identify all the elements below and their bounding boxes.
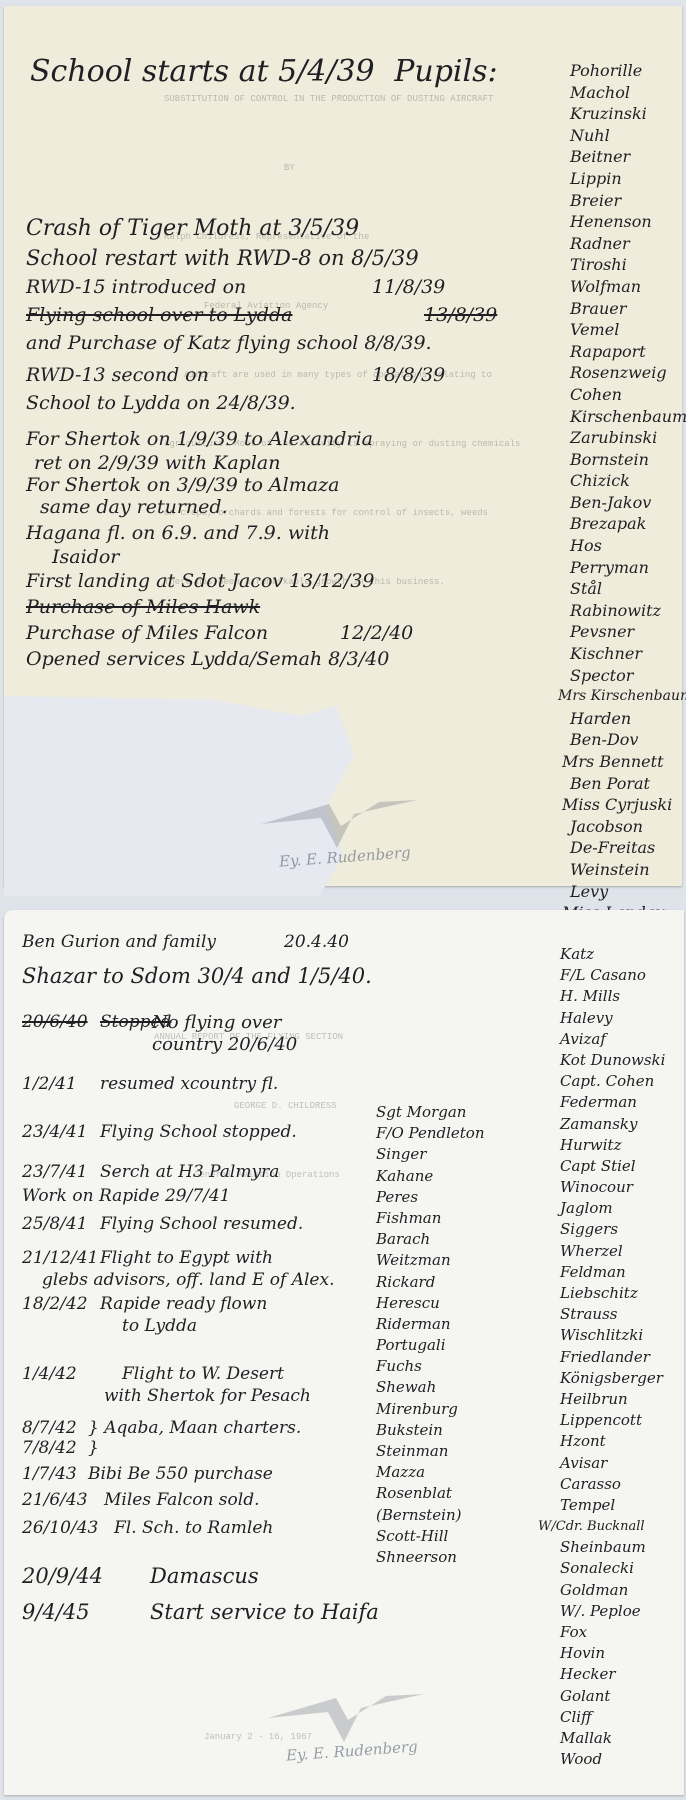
pupil-name: Kischner bbox=[570, 643, 686, 665]
pupil-name: Brauer bbox=[570, 298, 686, 320]
person-name: Scott-Hill bbox=[376, 1526, 484, 1547]
timeline-entry: same day returned. bbox=[4, 496, 544, 524]
entry-text: same day returned. bbox=[40, 496, 228, 518]
page1-heading: School starts at 5/4/39 Pupils: bbox=[30, 54, 498, 89]
person-name: Hurwitz bbox=[560, 1135, 665, 1156]
typed-line: SUBSTITUTION OF CONTROL IN THE PRODUCTIO… bbox=[164, 88, 520, 111]
company-stamp: Ey. E. Rudenberg bbox=[266, 1690, 436, 1780]
pupil-name: Rabinowitz bbox=[570, 600, 686, 622]
pupil-name: Miss Cyrjuski bbox=[562, 794, 686, 816]
person-name: Hzont bbox=[560, 1431, 665, 1452]
person-name: Fuchs bbox=[376, 1356, 484, 1377]
entry-date: 23/4/41 bbox=[22, 1122, 88, 1142]
entry-text: Isaidor bbox=[52, 546, 119, 568]
person-name: Tempel bbox=[560, 1495, 665, 1516]
entry-text: } Aqaba, Maan charters. bbox=[88, 1418, 301, 1438]
person-name: Rickard bbox=[376, 1272, 484, 1293]
pupil-name: Kirschenbaum bbox=[570, 406, 686, 428]
person-name: Kot Dunowski bbox=[560, 1050, 665, 1071]
person-name: Katz bbox=[560, 944, 665, 965]
person-name: Carasso bbox=[560, 1474, 665, 1495]
entry-date: 1/4/42 bbox=[22, 1364, 77, 1384]
person-name: Mallak bbox=[560, 1728, 665, 1749]
entry-date: 26/10/43 bbox=[22, 1518, 98, 1538]
entry-text: to Lydda bbox=[122, 1316, 197, 1336]
person-name: Steinman bbox=[376, 1441, 484, 1462]
person-name: Barach bbox=[376, 1229, 484, 1250]
person-name: Sonalecki bbox=[560, 1558, 665, 1579]
person-name: Weitzman bbox=[376, 1250, 484, 1271]
entry-date: 23/7/41 bbox=[22, 1162, 88, 1182]
pupil-name: Vemel bbox=[570, 319, 686, 341]
entry-date: 20/9/44 bbox=[22, 1564, 103, 1588]
person-name: Siggers bbox=[560, 1219, 665, 1240]
person-name: Shneerson bbox=[376, 1547, 484, 1568]
person-name: Jaglom bbox=[560, 1198, 665, 1219]
timeline-entry: No flying over country 20/6/40 bbox=[22, 1024, 442, 1050]
person-name: Portugali bbox=[376, 1335, 484, 1356]
pupil-name: Lippin bbox=[570, 168, 686, 190]
typed-line: BY bbox=[164, 157, 520, 180]
pupils-list: Pohorille Machol Kruzinski Nuhl Beitner … bbox=[570, 60, 686, 1032]
person-name: Singer bbox=[376, 1144, 484, 1165]
entry-date: 8/7/42 bbox=[22, 1418, 77, 1438]
entry-date: 1/7/43 bbox=[22, 1464, 77, 1484]
pupil-name: Radner bbox=[570, 233, 686, 255]
pupil-name: Rapaport bbox=[570, 341, 686, 363]
entry-text: Miles Falcon sold. bbox=[104, 1490, 259, 1510]
entry-text: For Shertok on 3/9/39 to Almaza bbox=[26, 474, 339, 496]
person-name: Königsberger bbox=[560, 1368, 665, 1389]
pupil-name: Ben-Jakov bbox=[570, 492, 686, 514]
pupil-name: Weinstein bbox=[570, 859, 686, 881]
entry-text: First landing at Sdot Jacov 13/12/39 bbox=[26, 570, 375, 592]
pupil-name: Spector bbox=[570, 665, 686, 687]
pupil-name: Henenson bbox=[570, 211, 686, 233]
pupil-name: Stål bbox=[570, 578, 686, 600]
pupil-name: Cohen bbox=[570, 384, 686, 406]
entry-text: Rapide ready flown bbox=[100, 1294, 267, 1314]
person-name: Rosenblat bbox=[376, 1483, 484, 1504]
entry-text: Opened services Lydda/Semah 8/3/40 bbox=[26, 648, 389, 670]
entry-date: 18/8/39 bbox=[372, 364, 445, 386]
pupil-name: Beitner bbox=[570, 146, 686, 168]
person-name: Riderman bbox=[376, 1314, 484, 1335]
person-name: Strauss bbox=[560, 1304, 665, 1325]
person-name: Wischlitzki bbox=[560, 1325, 665, 1346]
entry-text: School restart with RWD-8 on 8/5/39 bbox=[26, 246, 419, 270]
heading-text: School starts at 5/4/39 bbox=[30, 54, 375, 89]
person-name: W/. Peploe bbox=[560, 1601, 665, 1622]
entry-date: 13/8/39 bbox=[424, 304, 497, 326]
entry-text: resumed xcountry fl. bbox=[100, 1074, 278, 1094]
page1-timeline: Crash of Tiger Moth at 3/5/39 School res… bbox=[4, 216, 544, 696]
person-name: Capt Stiel bbox=[560, 1156, 665, 1177]
entry-text: RWD-15 introduced on bbox=[26, 276, 246, 298]
timeline-entry: Opened services Lydda/Semah 8/3/40 bbox=[4, 648, 544, 676]
entry-date: 25/8/41 bbox=[22, 1214, 88, 1234]
pupil-name: Rosenzweig bbox=[570, 362, 686, 384]
entry-text: glebs advisors, off. land E of Alex. bbox=[42, 1270, 334, 1290]
person-name: Avizaf bbox=[560, 1029, 665, 1050]
entry-text: Bibi Be 550 purchase bbox=[88, 1464, 273, 1484]
person-name: Hovin bbox=[560, 1643, 665, 1664]
person-name: F/O Pendleton bbox=[376, 1123, 484, 1144]
person-name: Goldman bbox=[560, 1580, 665, 1601]
names-list-middle: Sgt Morgan F/O Pendleton Singer Kahane P… bbox=[376, 1102, 484, 1568]
entry-text: School to Lydda on 24/8/39. bbox=[26, 392, 296, 414]
person-name: Mazza bbox=[376, 1462, 484, 1483]
person-name: Wherzel bbox=[560, 1241, 665, 1262]
person-name: Heilbrun bbox=[560, 1389, 665, 1410]
pupil-name: Chizick bbox=[570, 470, 686, 492]
timeline-entry: RWD-15 introduced on11/8/39 bbox=[4, 276, 544, 304]
entry-date: 7/8/42 bbox=[22, 1438, 77, 1458]
pupil-name: Mrs Bennett bbox=[562, 751, 686, 773]
pupil-name: Jacobson bbox=[570, 816, 686, 838]
pupil-name: Wolfman bbox=[570, 276, 686, 298]
pupil-name: Ben-Dov bbox=[570, 729, 686, 751]
pupil-name: Perryman bbox=[570, 557, 686, 579]
entry-text: Flying School stopped. bbox=[100, 1122, 297, 1142]
timeline-entry: RWD-13 second on18/8/39 bbox=[4, 364, 544, 392]
person-name: Sgt Morgan bbox=[376, 1102, 484, 1123]
entry-date: 18/2/42 bbox=[22, 1294, 88, 1314]
person-name: Feldman bbox=[560, 1262, 665, 1283]
entry-text: Flight to Egypt with bbox=[100, 1248, 273, 1268]
pupils-label: Pupils: bbox=[394, 54, 497, 89]
entry-text: Fl. Sch. to Ramleh bbox=[114, 1518, 273, 1538]
document-page-2: ANNUAL REPORT OF THE FLYING SECTION GEOR… bbox=[4, 910, 684, 1795]
person-name: F/L Casano bbox=[560, 965, 665, 986]
person-name: W/Cdr. Bucknall bbox=[538, 1516, 665, 1537]
entry-text: } bbox=[88, 1438, 99, 1458]
pupil-name: Zarubinski bbox=[570, 427, 686, 449]
person-name: Federman bbox=[560, 1092, 665, 1113]
timeline-entry: School restart with RWD-8 on 8/5/39 bbox=[4, 246, 544, 274]
entry-text: Flying School resumed. bbox=[100, 1214, 303, 1234]
entry-date: 11/8/39 bbox=[372, 276, 445, 298]
entry-date: 9/4/45 bbox=[22, 1600, 90, 1624]
timeline-entry: School to Lydda on 24/8/39. bbox=[4, 392, 544, 420]
pupil-name: Kruzinski bbox=[570, 103, 686, 125]
person-name: Wood bbox=[560, 1749, 665, 1770]
pupil-name: Hos bbox=[570, 535, 686, 557]
entry-text: Serch at H3 Palmyra bbox=[100, 1162, 279, 1182]
entry-text: Damascus bbox=[150, 1564, 259, 1588]
timeline-entry: First landing at Sdot Jacov 13/12/39 bbox=[4, 570, 544, 598]
entry-text: Shazar to Sdom 30/4 and 1/5/40. bbox=[22, 964, 372, 988]
person-name: Fishman bbox=[376, 1208, 484, 1229]
person-name: Halevy bbox=[560, 1008, 665, 1029]
entry-text: Work on Rapide 29/7/41 bbox=[22, 1186, 231, 1206]
person-name: Hecker bbox=[560, 1664, 665, 1685]
timeline-entry-struck: Flying school over to Lydda13/8/39 bbox=[4, 304, 544, 332]
person-name: Bukstein bbox=[376, 1420, 484, 1441]
timeline-entry: Crash of Tiger Moth at 3/5/39 bbox=[4, 216, 544, 244]
pupil-name: Machol bbox=[570, 82, 686, 104]
entry-text: For Shertok on 1/9/39 to Alexandria bbox=[26, 428, 373, 450]
pupil-name: Pohorille bbox=[570, 60, 686, 82]
entry-date: 21/12/41 bbox=[22, 1248, 98, 1268]
person-name: Fox bbox=[560, 1622, 665, 1643]
person-name: Lippencott bbox=[560, 1410, 665, 1431]
entry-text: Purchase of Miles Hawk bbox=[26, 596, 260, 618]
person-name: H. Mills bbox=[560, 986, 665, 1007]
entry-text: Hagana fl. on 6.9. and 7.9. with bbox=[26, 522, 330, 544]
person-name: Avisar bbox=[560, 1453, 665, 1474]
pupil-name: Breier bbox=[570, 190, 686, 212]
person-name: Peres bbox=[376, 1187, 484, 1208]
person-name: Zamansky bbox=[560, 1114, 665, 1135]
entry-date: 20.4.40 bbox=[284, 932, 349, 952]
person-name: Herescu bbox=[376, 1293, 484, 1314]
person-name: Shewah bbox=[376, 1377, 484, 1398]
entry-text: Flight to W. Desert bbox=[122, 1364, 284, 1384]
timeline-entry: Purchase of Miles Falcon12/2/40 bbox=[4, 622, 544, 650]
entry-text: No flying over country 20/6/40 bbox=[152, 1012, 352, 1056]
entry-text: RWD-13 second on bbox=[26, 364, 209, 386]
person-name: Cliff bbox=[560, 1707, 665, 1728]
timeline-entry: and Purchase of Katz flying school 8/8/3… bbox=[4, 332, 544, 360]
person-name: Capt. Cohen bbox=[560, 1071, 665, 1092]
pupil-name: De-Freitas bbox=[570, 837, 686, 859]
pupil-name: Brezapak bbox=[570, 513, 686, 535]
names-list-right: Katz F/L Casano H. Mills Halevy Avizaf K… bbox=[560, 944, 665, 1770]
pupil-name: Levy bbox=[570, 881, 686, 903]
person-name: Golant bbox=[560, 1686, 665, 1707]
person-name: (Bernstein) bbox=[376, 1505, 484, 1526]
pupil-name: Bornstein bbox=[570, 449, 686, 471]
entry-date: 12/2/40 bbox=[340, 622, 413, 644]
entry-date: 21/6/43 bbox=[22, 1490, 88, 1510]
entry-text: Start service to Haifa bbox=[150, 1600, 379, 1624]
pupil-name: Pevsner bbox=[570, 621, 686, 643]
entry-text: ret on 2/9/39 with Kaplan bbox=[34, 452, 281, 474]
person-name: Winocour bbox=[560, 1177, 665, 1198]
pupil-name: Harden bbox=[570, 708, 686, 730]
document-page-1: SUBSTITUTION OF CONTROL IN THE PRODUCTIO… bbox=[4, 6, 682, 886]
entry-text: Crash of Tiger Moth at 3/5/39 bbox=[26, 216, 359, 241]
entry-text: with Shertok for Pesach bbox=[104, 1386, 311, 1406]
person-name: Friedlander bbox=[560, 1347, 665, 1368]
person-name: Kahane bbox=[376, 1166, 484, 1187]
entry-text: Ben Gurion and family bbox=[22, 932, 216, 952]
entry-text: and Purchase of Katz flying school 8/8/3… bbox=[26, 332, 432, 354]
entry-text: Purchase of Miles Falcon bbox=[26, 622, 268, 644]
entry-date: 1/2/41 bbox=[22, 1074, 77, 1094]
pupil-name: Tiroshi bbox=[570, 254, 686, 276]
company-stamp: Ey. E. Rudenberg bbox=[259, 796, 429, 886]
person-name: Liebschitz bbox=[560, 1283, 665, 1304]
pupil-name: Ben Porat bbox=[570, 773, 686, 795]
timeline-entry-struck: Purchase of Miles Hawk bbox=[4, 596, 544, 624]
pupil-name: Nuhl bbox=[570, 125, 686, 147]
pupil-name: Mrs Kirschenbaum bbox=[558, 686, 686, 708]
person-name: Sheinbaum bbox=[560, 1537, 665, 1558]
entry-text: Flying school over to Lydda bbox=[26, 304, 292, 326]
person-name: Mirenburg bbox=[376, 1399, 484, 1420]
